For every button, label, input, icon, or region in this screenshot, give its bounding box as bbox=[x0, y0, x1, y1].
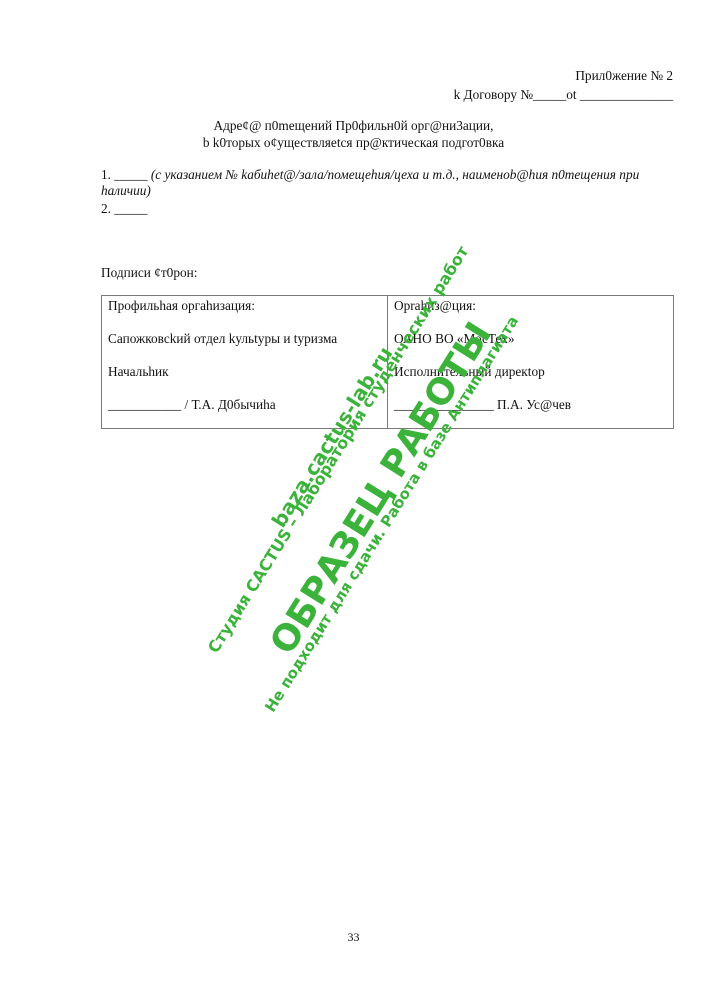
signature-cell-left: Профильhая оргаhизация: Сапожковсkий отд… bbox=[102, 296, 388, 429]
appendix-label: Прил0жение № 2 bbox=[575, 68, 673, 84]
signature-cell-right: Орrahиз@ция: ОАНО ВО «МосТех» Исполнител… bbox=[388, 296, 674, 429]
left-position: Начальhик bbox=[108, 364, 381, 380]
left-org-label: Профильhая оргаhизация: bbox=[108, 298, 381, 314]
list-item-1-number: 1. _____ bbox=[101, 167, 151, 182]
document-title-line1: Адре¢@ п0mещений Пр0фильн0й орг@ни3ации, bbox=[0, 118, 707, 134]
signatures-heading: Подписи ¢т0рон: bbox=[101, 265, 197, 281]
document-title-line2: b k0торых о¢уществляеtся пр@ктическая по… bbox=[0, 135, 707, 151]
right-position: Исполнительный дирекtор bbox=[394, 364, 667, 380]
page-number: 33 bbox=[0, 930, 707, 945]
right-org-label: Орrahиз@ция: bbox=[394, 298, 667, 314]
list-item-1-note: (с указанием № kабиhet@/зала/помещеhия/ц… bbox=[101, 167, 639, 198]
list-item-1: 1. _____ (с указанием № kабиhet@/зала/по… bbox=[101, 167, 675, 199]
right-org-name: ОАНО ВО «МосТех» bbox=[394, 331, 667, 347]
right-signature-line: _______________ П.А. Ус@чев bbox=[394, 397, 667, 413]
left-org-name: Сапожковсkий отдел kульtуры и tуризма bbox=[108, 331, 381, 347]
left-signature-line: ___________ / Т.А. Д0бычиhа bbox=[108, 397, 381, 413]
list-item-2: 2. _____ bbox=[101, 201, 148, 217]
signatures-table: Профильhая оргаhизация: Сапожковсkий отд… bbox=[101, 295, 674, 429]
contract-reference: k Договору №_____ot ______________ bbox=[454, 87, 673, 103]
